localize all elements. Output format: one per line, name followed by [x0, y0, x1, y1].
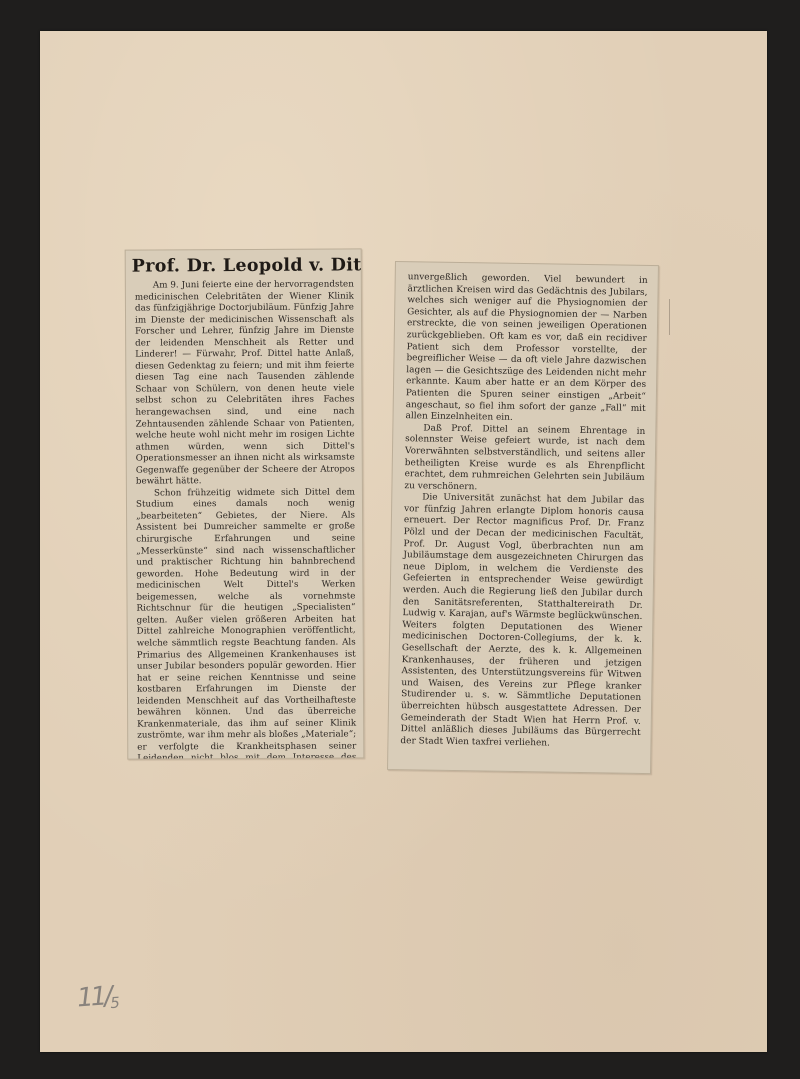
annotation-main: 11/ [76, 981, 111, 1013]
article-column-1: Am 9. Juni feierte eine der hervorragend… [126, 279, 364, 759]
newspaper-clipping-left: Prof. Dr. Leopold v. Dittel. Am 9. Juni … [125, 248, 365, 759]
paragraph: unvergeßlich geworden. Viel bewundert in… [405, 272, 647, 426]
paragraph: Die Universität zunächst hat dem Jubilar… [400, 492, 644, 751]
annotation-sub: 5 [110, 994, 121, 1013]
article-title: Prof. Dr. Leopold v. Dittel. [132, 255, 355, 276]
handwritten-annotation: 11/5 [76, 981, 120, 1015]
paragraph: Daß Prof. Dittel an seinem Ehrentage in … [404, 423, 645, 496]
ornament-icon: ❧❦ [400, 771, 640, 774]
paragraph: Am 9. Juni feierte eine der hervorragend… [135, 279, 355, 488]
paragraph: Schon frühzeitig widmete sich Dittel dem… [136, 487, 357, 759]
article-column-2: unvergeßlich geworden. Viel bewundert in… [388, 262, 658, 774]
archival-card: Prof. Dr. Leopold v. Dittel. Am 9. Juni … [40, 31, 767, 1052]
margin-mark [669, 299, 672, 335]
newspaper-clipping-right: unvergeßlich geworden. Viel bewundert in… [387, 261, 659, 774]
